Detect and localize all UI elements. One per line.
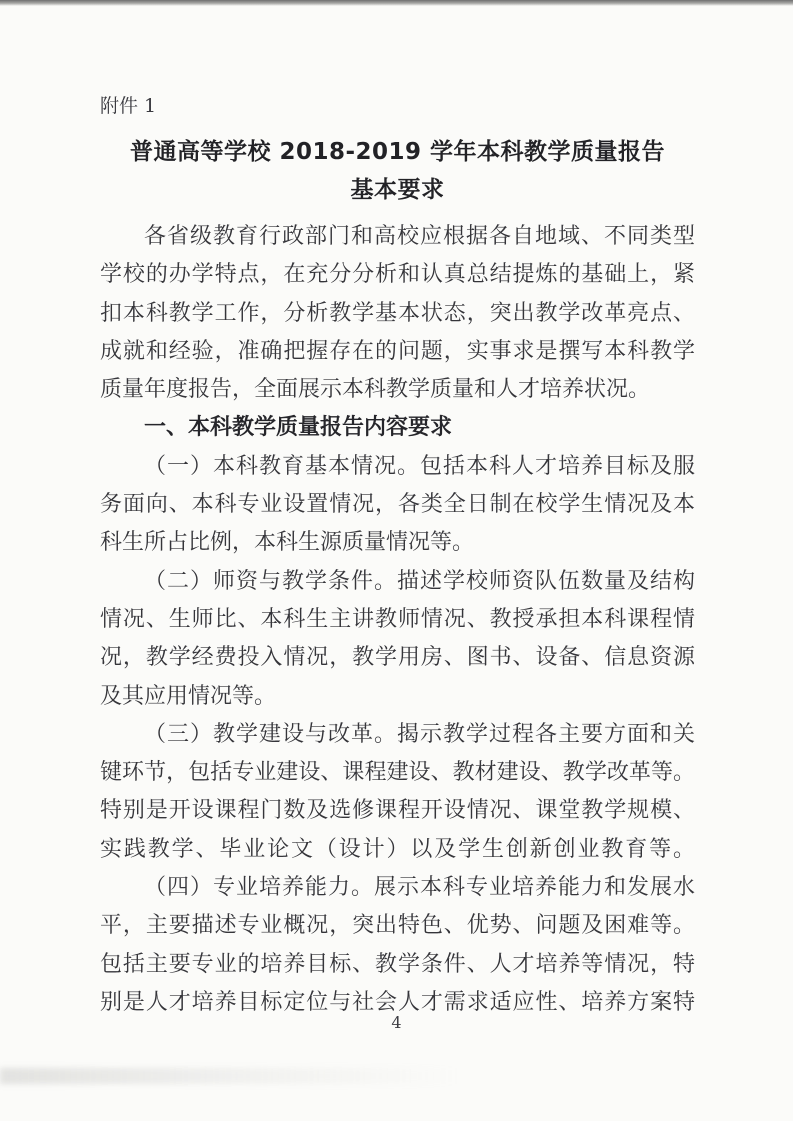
document-title-line-1: 普通高等学校 2018-2019 学年本科教学质量报告 (100, 133, 695, 171)
item-2-line: 及其应用情况等。 (100, 678, 695, 716)
item-2-line: 况，教学经费投入情况，教学用房、图书、设备、信息资源 (100, 639, 695, 677)
item-4-line: 平，主要描述专业概况，突出特色、优势、问题及困难等。 (100, 907, 695, 945)
document-title: 普通高等学校 2018-2019 学年本科教学质量报告 基本要求 (100, 133, 695, 209)
item-1-line: 务面向、本科专业设置情况，各类全日制在校学生情况及本 (100, 486, 695, 524)
intro-paragraph-line: 各省级教育行政部门和高校应根据各自地域、不同类型 (100, 218, 695, 256)
attachment-label: 附件 1 (100, 92, 695, 120)
item-1-line: 科生所占比例，本科生源质量情况等。 (100, 524, 695, 562)
document-title-line-2: 基本要求 (100, 171, 695, 209)
page-number: 4 (0, 1011, 793, 1035)
scanned-document-page: 附件 1 普通高等学校 2018-2019 学年本科教学质量报告 基本要求 各省… (0, 0, 793, 1121)
intro-paragraph-line: 扣本科教学工作，分析教学基本状态，突出教学改革亮点、 (100, 295, 695, 333)
item-3-line: 键环节，包括专业建设、课程建设、教材建设、教学改革等。 (100, 754, 695, 792)
scan-smudge-artifact (0, 1068, 460, 1084)
item-4-line: 包括主要专业的培养目标、教学条件、人才培养等情况，特 (100, 946, 695, 984)
intro-paragraph-line: 学校的办学特点，在充分分析和认真总结提炼的基础上，紧 (100, 256, 695, 294)
item-2-line: 情况、生师比、本科生主讲教师情况、教授承担本科课程情 (100, 601, 695, 639)
scan-edge-artifact (0, 0, 793, 6)
item-3-line: 特别是开设课程门数及选修课程开设情况、课堂教学规模、 (100, 792, 695, 830)
item-3-line: （三）教学建设与改革。揭示教学过程各主要方面和关 (100, 716, 695, 754)
document-content: 附件 1 普通高等学校 2018-2019 学年本科教学质量报告 基本要求 各省… (100, 92, 695, 1022)
section-heading: 一、本科教学质量报告内容要求 (100, 409, 695, 447)
item-1-line: （一）本科教育基本情况。包括本科人才培养目标及服 (100, 448, 695, 486)
intro-paragraph-line: 成就和经验，准确把握存在的问题，实事求是撰写本科教学 (100, 333, 695, 371)
document-body: 各省级教育行政部门和高校应根据各自地域、不同类型 学校的办学特点，在充分分析和认… (100, 218, 695, 1022)
item-4-line: （四）专业培养能力。展示本科专业培养能力和发展水 (100, 869, 695, 907)
intro-paragraph-line: 质量年度报告，全面展示本科教学质量和人才培养状况。 (100, 371, 695, 409)
item-3-line: 实践教学、毕业论文（设计）以及学生创新创业教育等。 (100, 831, 695, 869)
item-2-line: （二）师资与教学条件。描述学校师资队伍数量及结构 (100, 563, 695, 601)
